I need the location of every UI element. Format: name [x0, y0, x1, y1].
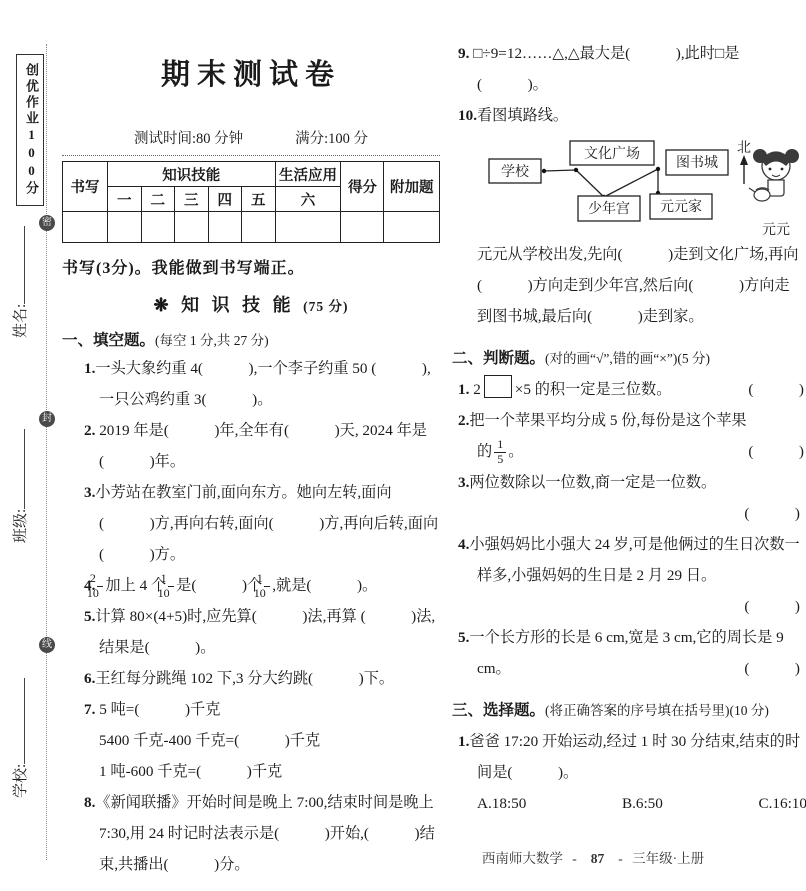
blank-box	[484, 375, 512, 398]
test-time: 测试时间:80 分钟	[134, 127, 243, 148]
answer-bracket: ( )	[452, 591, 804, 622]
map-node-school: 学校	[501, 163, 530, 180]
girl-illustration	[749, 149, 799, 201]
choice-head-label: 三、选择题。	[452, 702, 545, 719]
score-col-6: 六	[275, 187, 341, 212]
answer-bracket: ( )	[748, 436, 804, 467]
class-label: 班级:	[13, 509, 29, 543]
score-col-score: 得分	[341, 162, 384, 212]
score-cell-1	[108, 212, 142, 243]
score-col-knowledge: 知识技能	[108, 162, 276, 187]
option-a: A.18:50	[477, 788, 526, 819]
school-label: 学校:	[13, 764, 29, 798]
fraction-1-10: 110	[168, 572, 174, 601]
fill-q4: 4.210加上 4 个110是( )个110,就是( )。	[84, 570, 440, 601]
choice-heading: 三、选择题。(将正确答案的序号填在括号里)(10 分)	[452, 695, 804, 726]
score-cell-5	[242, 212, 276, 243]
footer-edition: 三年级·上册	[632, 851, 704, 866]
fill-in-questions: 1.一头大象约重 4( ),一个李子约重 50 ( ),一只公鸡约重 3( )。…	[62, 353, 440, 880]
flower-icon: ❋	[154, 295, 173, 315]
fill-in-head-note: (每空 1 分,共 27 分)	[155, 333, 269, 348]
judge-head-label: 二、判断题。	[452, 350, 545, 367]
left-column: 期末测试卷 测试时间:80 分钟 满分:100 分 书写 知识技能 生活应用 得…	[62, 40, 440, 880]
fraction-2-10: 210	[97, 572, 103, 601]
fill-q7-line2: 5400 千克-400 千克=( )千克	[99, 725, 440, 756]
dotted-divider	[62, 155, 440, 156]
option-c: C.16:10	[758, 788, 806, 819]
test-meta: 测试时间:80 分钟 满分:100 分	[62, 127, 440, 148]
fill-q7-line3: 1 吨-600 千克=( )千克	[99, 756, 440, 787]
footer-brand: 西南师大数学	[482, 851, 563, 866]
judge-q5: 5.一个长方形的长是 6 cm,宽是 3 cm,它的周长是 9 cm。 ( )	[458, 622, 804, 684]
route-map: 学校 文化广场 图书城 少年宫 元元家 北	[452, 136, 804, 238]
score-col-1: 一	[108, 187, 142, 212]
score-cell-2	[141, 212, 175, 243]
fill-q3: 3.小芳站在教室门前,面向东方。她向左转,面向( )方,再向右转,面向( )方,…	[84, 477, 440, 570]
writing-note: 书写(3分)。我能做到书写端正。	[62, 255, 440, 278]
girl-name-label: 元元	[762, 222, 790, 238]
seal-badge-xian: 线	[39, 637, 55, 653]
score-col-writing: 书写	[63, 162, 108, 212]
page-footer: 西南师大数学 -87- 三年级·上册	[380, 847, 806, 867]
choice-q1: 1.爸爸 17:20 开始运动,经过 1 时 30 分结束,结束的时间是( )。	[458, 726, 804, 788]
fraction-1-10: 110	[264, 572, 270, 601]
series-banner: 创优作业100分	[16, 54, 44, 206]
choice-head-note: (将正确答案的序号填在括号里)(10 分)	[545, 703, 769, 718]
judge-head-note: (对的画“√”,错的画“×”)(5 分)	[545, 351, 710, 366]
map-node-home: 元元家	[660, 199, 702, 215]
option-b: B.6:50	[622, 788, 663, 819]
name-label: 姓名:	[13, 304, 29, 338]
judge-heading: 二、判断题。(对的画“√”,错的画“×”)(5 分)	[452, 343, 804, 374]
fill-q5: 5.计算 80×(4+5)时,应先算( )法,再算 ( )法,结果是( )。	[84, 601, 440, 663]
right-column: 9. □÷9=12……△,△最大是( ),此时□是( )。 10.看图填路线。	[452, 38, 804, 819]
seal-dotted-line	[46, 44, 47, 860]
name-blank-line	[11, 226, 26, 304]
fill-q10-passage: 元元从学校出发,先向( )走到文化广场,再向( )方向走到少年宫,然后向( )方…	[477, 239, 804, 332]
answer-bracket: ( )	[452, 498, 804, 529]
class-field: 班级:	[9, 429, 30, 543]
school-field: 学校:	[9, 678, 30, 798]
test-paper-page: 创优作业100分 密 封 线 姓名: 班级: 学校: 期末测试卷 测试时间:80…	[0, 0, 806, 891]
answer-bracket: ( )	[763, 653, 800, 684]
score-col-application: 生活应用	[275, 162, 341, 187]
score-table: 书写 知识技能 生活应用 得分 附加题 一 二 三 四 五 六	[62, 161, 440, 243]
score-cell-3	[175, 212, 209, 243]
score-cell-4	[208, 212, 242, 243]
class-blank-line	[11, 429, 26, 509]
judge-q3: 3.两位数除以一位数,商一定是一位数。 ( )	[452, 467, 804, 529]
score-cell-6	[275, 212, 341, 243]
score-col-5: 五	[242, 187, 276, 212]
fill-q7: 7. 5 吨=( )千克	[84, 694, 440, 725]
fill-q10: 10.看图填路线。	[458, 100, 804, 131]
fill-q6: 6.王红每分跳绳 102 下,3 分大约跳( )下。	[84, 663, 440, 694]
score-col-2: 二	[141, 187, 175, 212]
name-field: 姓名:	[9, 226, 30, 338]
score-cell-writing	[63, 212, 108, 243]
seal-badge-feng: 封	[39, 411, 55, 427]
judge-q4: 4.小强妈妈比小强大 24 岁,可是他俩过的生日次数一样多,小强妈妈的生日是 2…	[452, 529, 804, 622]
north-compass-icon: 北	[737, 140, 751, 184]
route-lines	[544, 169, 658, 197]
map-node-youth-palace: 少年宫	[588, 200, 630, 217]
judge-q2: 2.把一个苹果平均分成 5 份,每份是这个苹果 的15。 ( )	[452, 405, 804, 467]
knowledge-section-title: 知 识 技 能	[181, 295, 295, 315]
map-node-plaza: 文化广场	[584, 145, 640, 162]
score-cell-bonus	[384, 212, 440, 243]
knowledge-section-score: (75 分)	[303, 299, 348, 314]
score-col-4: 四	[208, 187, 242, 212]
score-col-3: 三	[175, 187, 209, 212]
north-label: 北	[737, 140, 751, 156]
score-cell-score	[341, 212, 384, 243]
seal-badge-mi: 密	[39, 215, 55, 231]
answer-bracket: ( )	[748, 374, 804, 405]
school-blank-line	[11, 678, 26, 764]
choice-q1-options: A.18:50 B.6:50 C.16:10	[477, 788, 806, 819]
page-number: 87	[591, 851, 605, 866]
fill-q2: 2. 2019 年是( )年,全年有( )天, 2024 年是( )年。	[84, 415, 440, 477]
judge-q1: 1. 2×5 的积一定是三位数。 ( )	[458, 374, 804, 405]
score-col-bonus: 附加题	[384, 162, 440, 212]
knowledge-section-heading: ❋ 知 识 技 能 (75 分)	[62, 291, 440, 317]
page-title: 期末测试卷	[62, 52, 440, 93]
fill-in-head-label: 一、填空题。	[62, 332, 155, 349]
fill-in-heading: 一、填空题。(每空 1 分,共 27 分)	[62, 328, 440, 350]
full-score: 满分:100 分	[295, 127, 368, 148]
fraction-1-5: 15	[494, 438, 506, 467]
fill-q9: 9. □÷9=12……△,△最大是( ),此时□是( )。	[458, 38, 804, 100]
fill-q1: 1.一头大象约重 4( ),一个李子约重 50 ( ),一只公鸡约重 3( )。	[84, 353, 440, 415]
map-node-bookcity: 图书城	[676, 154, 718, 171]
